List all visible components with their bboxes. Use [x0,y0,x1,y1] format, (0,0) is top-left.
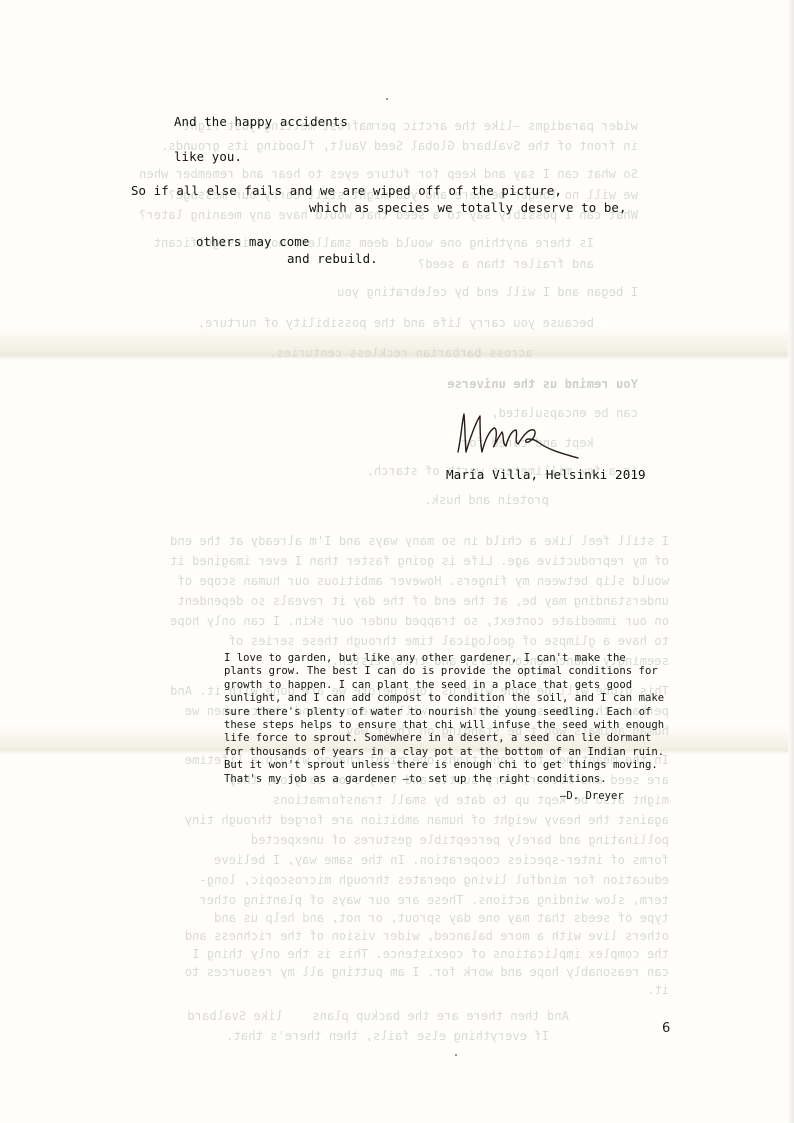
paper-speck [455,1054,457,1056]
quote-text: I love to garden, but like any other gar… [224,652,644,786]
poem-line: others may come [196,234,309,249]
paper-speck [386,98,388,100]
signature-caption: María Villa, Helsinki 2019 [446,467,646,482]
quote-attribution: —D. Dreyer [560,790,624,802]
poem-line: So if all else fails and we are wiped of… [131,183,562,198]
front-content: And the happy accidents like you. So if … [0,0,794,1123]
poem-line: And the happy accidents [174,114,348,129]
poem-line: like you. [174,149,242,164]
page-number: 6 [662,1021,670,1036]
poem-line: and rebuild. [287,251,378,266]
poem-line: which as species we totally deserve to b… [309,200,627,215]
handwritten-signature [452,408,582,460]
